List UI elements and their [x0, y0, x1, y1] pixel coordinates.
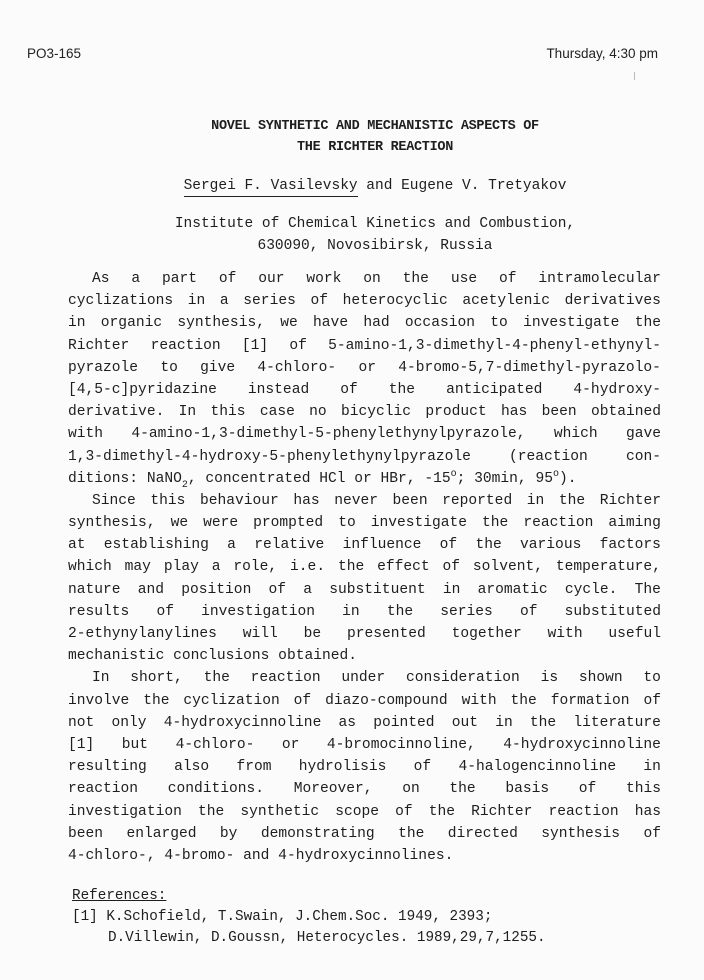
text-line: beenenlargedbydemonstratingthedirectedsy…	[68, 823, 661, 845]
references-heading: References:	[72, 886, 632, 907]
text-line: resultsofinvestigationintheseriesofsubst…	[68, 601, 661, 623]
author-connector: and	[358, 178, 402, 194]
text-line: pyrazoletogive4-chloro-or4-bromo-5,7-dim…	[68, 357, 661, 379]
reference-item: [1] K.Schofield, T.Swain, J.Chem.Soc. 19…	[72, 907, 632, 928]
text-line: natureandpositionofasubstituentinaromati…	[68, 579, 661, 601]
affiliation-line-1: Institute of Chemical Kinetics and Combu…	[0, 213, 704, 235]
session-time: Thursday, 4:30 pm	[546, 46, 658, 61]
abstract-code: PO3-165	[27, 46, 81, 61]
abstract-body: Asapartofourworkontheuseofintramolecular…	[68, 268, 661, 867]
co-author: Eugene V. Tretyakov	[401, 178, 566, 194]
text-line: synthesis,wewerepromptedtoinvestigatethe…	[68, 512, 661, 534]
text-line: 1,3-dimethyl-4-hydroxy-5-phenylethynylpy…	[68, 446, 661, 468]
text-line: [1]but4-chloro-or4-bromocinnoline,4-hydr…	[68, 734, 661, 756]
text-line: notonly4-hydroxycinnolineaspointedoutint…	[68, 712, 661, 734]
text-line: Inshort,thereactionunderconsiderationiss…	[68, 667, 661, 689]
presenting-author: Sergei F. Vasilevsky	[184, 178, 358, 197]
text-line: resultingalsofromhydrolisisof4-halogenci…	[68, 756, 661, 778]
author-list: Sergei F. Vasilevsky and Eugene V. Trety…	[0, 178, 704, 194]
text-line: investigationthesyntheticscopeoftheRicht…	[68, 801, 661, 823]
text-line: Asapartofourworkontheuseofintramolecular	[68, 268, 661, 290]
text-line: 4-chloro-, 4-bromo- and 4-hydroxycinnoli…	[68, 845, 661, 867]
text-line: derivative.Inthiscasenobicyclicproductha…	[68, 401, 661, 423]
affiliation-line-2: 630090, Novosibirsk, Russia	[0, 235, 704, 257]
text-line: atestablishingarelativeinfluenceofthevar…	[68, 534, 661, 556]
affiliation: Institute of Chemical Kinetics and Combu…	[0, 213, 704, 257]
text-line: Richterreaction[1]of5-amino-1,3-dimethyl…	[68, 335, 661, 357]
title-line-2: THE RICHTER REACTION	[0, 137, 704, 158]
text-line: [4,5-c]pyridazineinsteadoftheanticipated…	[68, 379, 661, 401]
text-line: inorganicsynthesis,wehavehadoccasiontoin…	[68, 312, 661, 334]
text-line: whichmayplayarole,i.e.theeffectofsolvent…	[68, 556, 661, 578]
paragraphs: Asapartofourworkontheuseofintramolecular…	[68, 268, 661, 867]
reference-line-1: K.Schofield, T.Swain, J.Chem.Soc. 1949, …	[106, 909, 492, 925]
text-line: with4-amino-1,3-dimethyl-5-phenylethynyl…	[68, 423, 661, 445]
paper-title: NOVEL SYNTHETIC AND MECHANISTIC ASPECTS …	[0, 116, 704, 158]
scan-mark	[634, 72, 635, 80]
reaction-conditions-line: ditions: NaNO2, concentrated HCl or HBr,…	[68, 468, 661, 490]
text-line: cyclizationsinaseriesofheterocyclicacety…	[68, 290, 661, 312]
text-line: Sincethisbehaviourhasneverbeenreportedin…	[68, 490, 661, 512]
text-line: 2-ethynylanylineswillbepresentedtogether…	[68, 623, 661, 645]
text-line: involvethecyclizationofdiazo-compoundwit…	[68, 690, 661, 712]
text-line: mechanistic conclusions obtained.	[68, 645, 661, 667]
reference-line-2: D.Villewin, D.Goussn, Heterocycles. 1989…	[72, 928, 632, 949]
text-line: reactionconditions.Moreover,onthebasisof…	[68, 778, 661, 800]
references: References: [1] K.Schofield, T.Swain, J.…	[72, 886, 632, 949]
reference-marker: [1]	[72, 909, 98, 925]
title-line-1: NOVEL SYNTHETIC AND MECHANISTIC ASPECTS …	[0, 116, 704, 137]
